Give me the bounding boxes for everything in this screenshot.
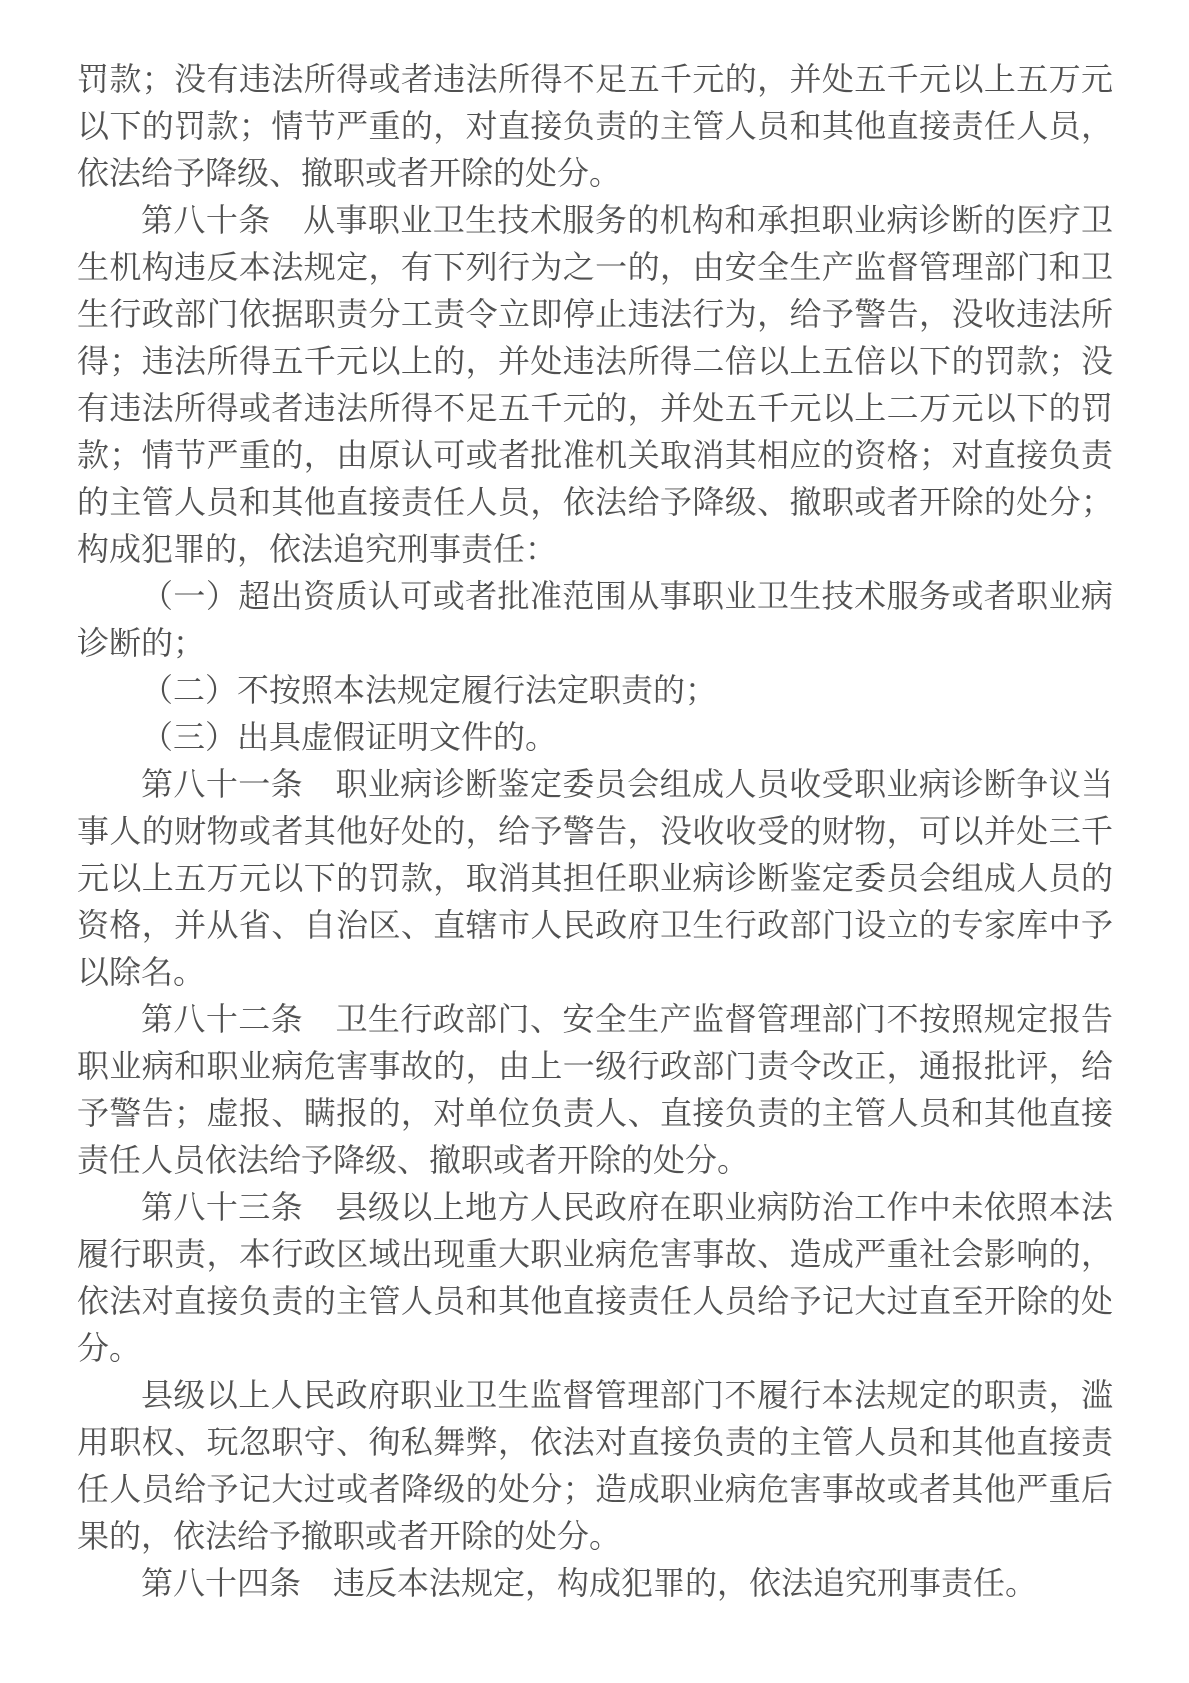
- paragraph-article-80: 第八十条 从事职业卫生技术服务的机构和承担职业病诊断的医疗卫生机构违反本法规定，…: [77, 197, 1113, 573]
- paragraph-article-80-item-2: （二）不按照本法规定履行法定职责的；: [77, 667, 1113, 714]
- paragraph-article-83: 第八十三条 县级以上地方人民政府在职业病防治工作中未依照本法履行职责，本行政区域…: [77, 1184, 1113, 1372]
- paragraph-article-80-item-1: （一）超出资质认可或者批准范围从事职业卫生技术服务或者职业病诊断的；: [77, 573, 1113, 667]
- document-body: 罚款；没有违法所得或者违法所得不足五千元的，并处五千元以上五万元以下的罚款；情节…: [77, 56, 1113, 1607]
- paragraph-article-81: 第八十一条 职业病诊断鉴定委员会组成人员收受职业病诊断争议当事人的财物或者其他好…: [77, 761, 1113, 996]
- paragraph-article-80-item-3: （三）出具虚假证明文件的。: [77, 714, 1113, 761]
- document-page: 罚款；没有违法所得或者违法所得不足五千元的，并处五千元以上五万元以下的罚款；情节…: [0, 0, 1189, 1683]
- paragraph-article-84: 第八十四条 违反本法规定，构成犯罪的，依法追究刑事责任。: [77, 1560, 1113, 1607]
- paragraph-article-82: 第八十二条 卫生行政部门、安全生产监督管理部门不按照规定报告职业病和职业病危害事…: [77, 996, 1113, 1184]
- paragraph-continuation-article-79: 罚款；没有违法所得或者违法所得不足五千元的，并处五千元以上五万元以下的罚款；情节…: [77, 56, 1113, 197]
- paragraph-article-83-clause-2: 县级以上人民政府职业卫生监督管理部门不履行本法规定的职责，滥用职权、玩忽职守、徇…: [77, 1372, 1113, 1560]
